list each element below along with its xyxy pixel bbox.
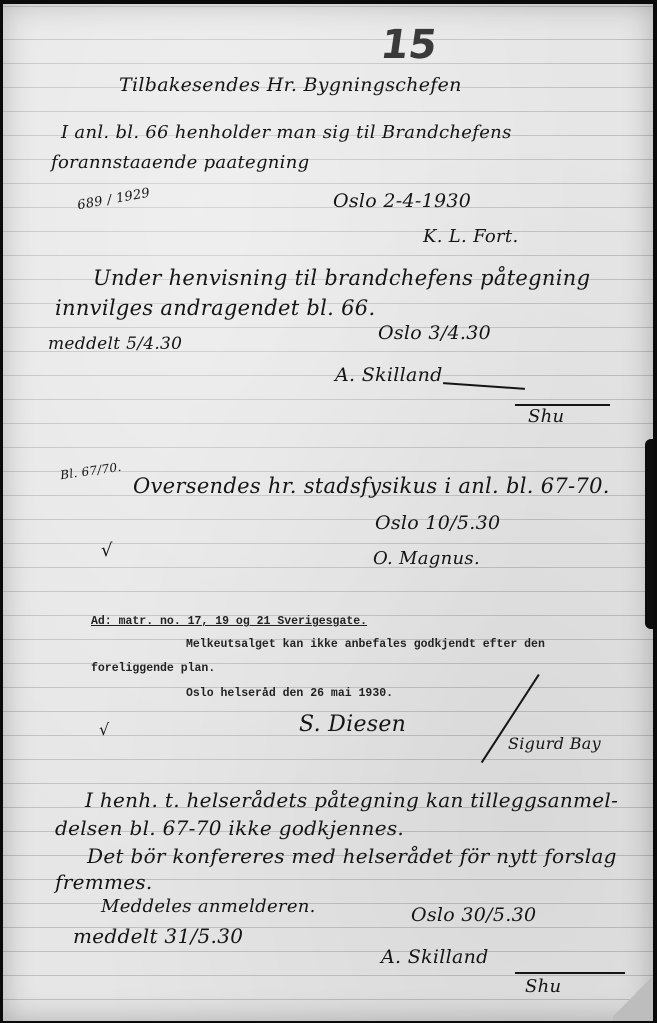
page-number: 15 [378,22,440,68]
entry1-line1: Tilbakesendes Hr. Bygningschefen [119,74,462,96]
entry2-initials: Shu [528,406,564,427]
entry1-reference: 689 / 1929 [76,186,151,214]
entry2-signature: A. Skilland [335,364,443,386]
initials-underline [515,972,625,974]
entry5-line5: Meddeles anmelderen. [101,896,316,917]
entry4-line3: Oslo helseråd den 26 mai 1930. [186,687,393,700]
entry5-line2: delsen bl. 67-70 ikke godkjennes. [55,816,404,840]
entry5-date: Oslo 30/5.30 [411,904,536,926]
entry3-reference: Bl. 67/70. [59,460,122,482]
entry5-line4: fremmes. [55,870,153,894]
entry3-date: Oslo 10/5.30 [375,512,500,534]
scanned-document-page: 15 Tilbakesendes Hr. Bygningschefen I an… [3,4,653,1021]
entry4-signature1: S. Diesen [299,712,406,737]
entry3-signature: O. Magnus. [373,548,480,569]
entry1-line3: forannstaaende paategning [51,152,309,173]
entry5-initials: Shu [525,976,561,997]
entry2-date: Oslo 3/4.30 [378,322,491,344]
entry5-line1: I henh. t. helserådets påtegning kan til… [85,788,618,812]
entry2-line1: Under henvisning til brandchefens påtegn… [93,266,590,290]
entry3-checkmark: √ [101,540,113,561]
entry1-date: Oslo 2-4-1930 [333,190,471,212]
entry3-line1: Oversendes hr. stadsfysikus i anl. bl. 6… [133,474,610,498]
entry2-notified: meddelt 5/4.30 [48,334,182,354]
entry4-line2: foreliggende plan. [91,662,215,675]
entry5-line3: Det bör konfereres med helserådet för ny… [87,844,617,868]
entry2-line2: innvilges andragendet bl. 66. [55,296,375,320]
entry1-signature: K. L. Fort. [423,226,519,247]
entry4-checkmark: √ [99,720,110,739]
entry4-heading: Ad: matr. no. 17, 19 og 21 Sverigesgate. [91,615,367,628]
entry5-signature: A. Skilland [381,946,489,968]
entry5-notified: meddelt 31/5.30 [73,924,243,948]
entry4-signature2: Sigurd Bay [508,734,601,753]
folded-corner [613,971,653,1021]
signature-flourish [443,382,525,390]
binder-tab [645,439,653,629]
entry4-line1: Melkeutsalget kan ikke anbefales godkjen… [186,638,545,651]
entry1-line2: I anl. bl. 66 henholder man sig til Bran… [61,122,512,143]
